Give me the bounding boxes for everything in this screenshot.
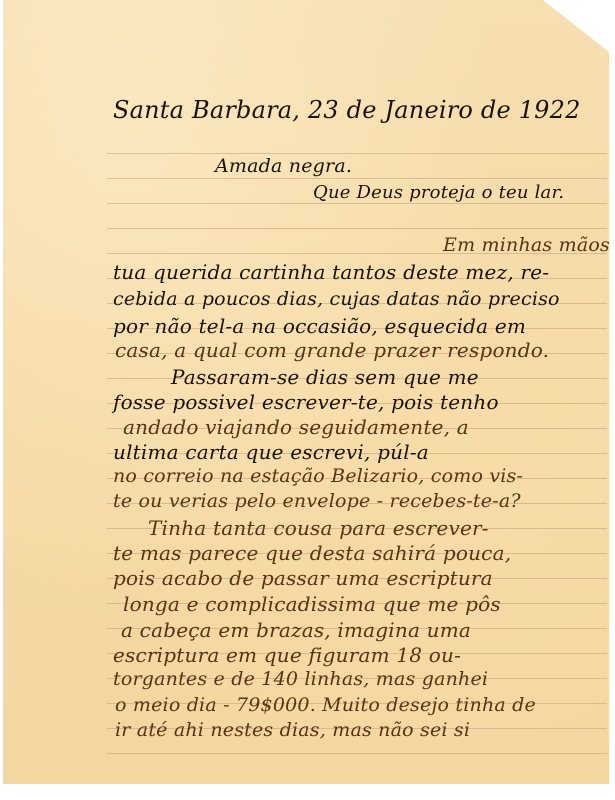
body-line-13: te mas parece que desta sahirá pouca, (113, 543, 511, 563)
body-line-14: pois acabo de passar uma escriptura (113, 568, 493, 588)
letter-blessing: Que Deus proteja o teu lar. (313, 184, 564, 202)
body-line-10: no correio na estação Belizario, como vi… (113, 467, 523, 486)
body-line-19: o meio dia - 79$000. Muito desejo tinha … (115, 696, 536, 715)
body-line-16: a cabeça em brazas, imagina uma (121, 620, 471, 640)
letter-sheet: Santa Barbara, 23 de Janeiro de 1922 Ama… (3, 0, 609, 784)
body-line-11: te ou verias pelo envelope - recebes-te-… (113, 492, 521, 511)
body-line-7: fosse possivel escrever-te, pois tenho (113, 392, 499, 412)
body-line-17: escriptura em que figuram 18 ou- (113, 645, 461, 665)
body-line-5: casa, a qual com grande prazer respondo. (115, 340, 549, 360)
body-line-2: tua querida cartinha tantos deste mez, r… (113, 262, 549, 282)
body-line-12: Tinha tanta cousa para escrever- (148, 518, 489, 538)
body-line-4: por não tel-a na occasião, esquecida em (113, 316, 526, 336)
body-line-1: Em minhas mãos (443, 236, 610, 255)
body-line-3: cebida a poucos dias, cujas datas não pr… (113, 290, 560, 309)
body-line-6: Passaram-se dias sem que me (171, 367, 479, 387)
letter-place-date: Santa Barbara, 23 de Janeiro de 1922 (113, 98, 581, 122)
body-line-18: torgantes e de 140 linhas, mas ganhei (113, 670, 488, 689)
body-line-15: longa e complicadissima que me pôs (123, 594, 501, 614)
body-line-20: ir até ahi nestes dias, mas não sei si (115, 721, 470, 740)
letter-salutation: Amada negra. (215, 157, 352, 176)
body-line-8: andado viajando seguidamente, a (123, 417, 469, 437)
body-line-9: ultima carta que escrevi, púl-a (113, 442, 429, 462)
